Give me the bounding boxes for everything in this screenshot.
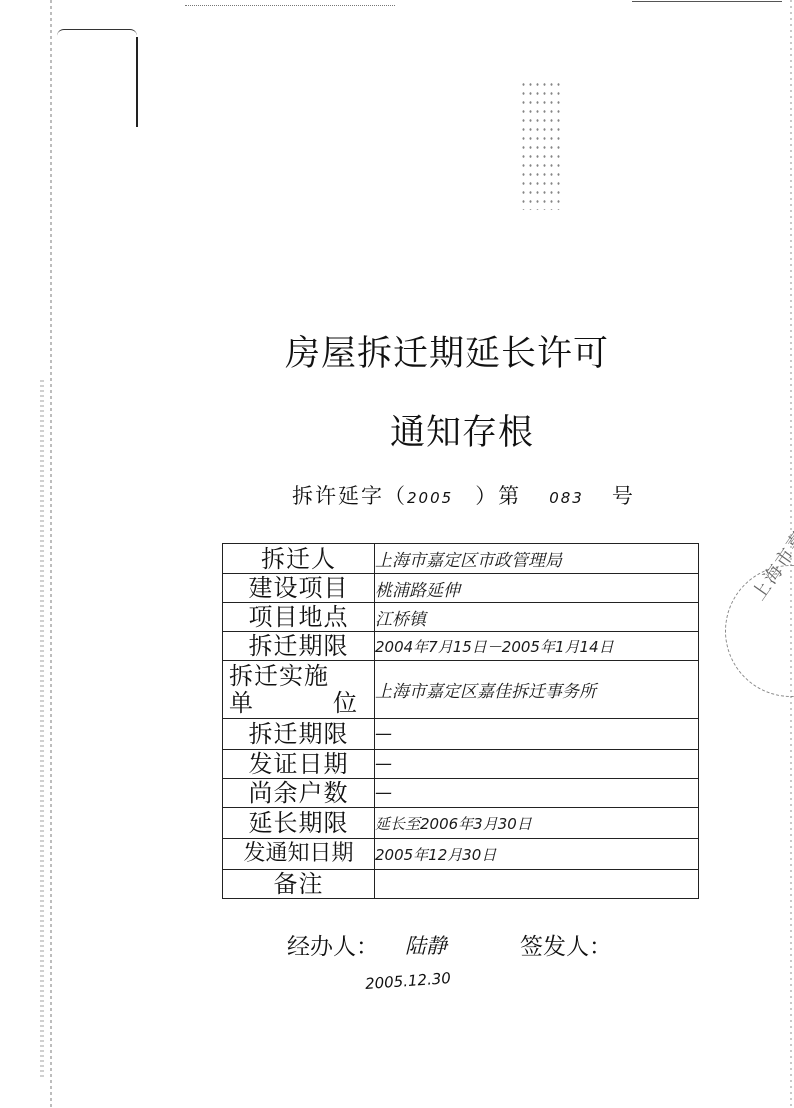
folder-tab-edge: [136, 37, 138, 127]
row-value: —: [375, 750, 699, 779]
table-row: 备注: [223, 870, 699, 899]
docno-serial: 083: [549, 489, 584, 507]
handler-sign-date: 2005.12.30: [364, 969, 451, 993]
document-subtitle: 通知存根: [65, 405, 794, 455]
table-row: 建设项目 桃浦路延伸: [223, 574, 699, 603]
document-number: 拆许延字（2005）第083号: [292, 480, 635, 510]
row-label-line2-b: 位: [333, 690, 358, 717]
document-title: 房屋拆迁期延长许可: [50, 326, 794, 376]
scan-speckle-noise: [520, 80, 560, 210]
row-value: [375, 870, 699, 899]
docno-suffix: 号: [612, 484, 635, 508]
row-value: 桃浦路延伸: [375, 574, 699, 603]
docno-year: 2005: [407, 489, 453, 507]
row-label: 拆迁人: [223, 544, 375, 574]
row-label: 备注: [223, 870, 375, 899]
row-label-line2: 单 位: [229, 690, 374, 717]
row-label: 建设项目: [223, 574, 375, 603]
row-label: 延长期限: [223, 808, 375, 839]
row-label: 发证日期: [223, 750, 375, 779]
row-value: 江桥镇: [375, 603, 699, 632]
row-value: 2005年12月30日: [375, 839, 699, 870]
scan-artifact-top-line: [185, 5, 395, 7]
row-value: 上海市嘉定区市政管理局: [375, 544, 699, 574]
scan-binding-edge: [50, 0, 52, 1108]
table-row: 发通知日期 2005年12月30日: [223, 839, 699, 870]
table-row: 拆迁期限 2004年7月15日－2005年1月14日: [223, 632, 699, 661]
docno-middle: ）第: [475, 484, 521, 508]
row-label: 拆迁期限: [223, 719, 375, 750]
handler-signature: 陆静: [405, 930, 447, 960]
table-row: 发证日期 —: [223, 750, 699, 779]
row-label-line2-a: 单: [229, 690, 254, 717]
row-label: 拆迁实施 单 位: [223, 661, 375, 719]
row-value: —: [375, 719, 699, 750]
row-value: —: [375, 779, 699, 808]
handler-label: 经办人：: [287, 928, 379, 961]
scan-artifact-top-right-line: [632, 1, 782, 2]
row-label: 尚余户数: [223, 779, 375, 808]
row-label: 项目地点: [223, 603, 375, 632]
row-label: 拆迁期限: [223, 632, 375, 661]
stub-form-table: 拆迁人 上海市嘉定区市政管理局 建设项目 桃浦路延伸 项目地点 江桥镇 拆迁期限…: [222, 543, 699, 899]
table-row: 项目地点 江桥镇: [223, 603, 699, 632]
row-value: 延长至2006年3月30日: [375, 808, 699, 839]
table-row: 拆迁人 上海市嘉定区市政管理局: [223, 544, 699, 574]
row-label: 发通知日期: [223, 839, 375, 870]
table-row: 延长期限 延长至2006年3月30日: [223, 808, 699, 839]
row-value: 上海市嘉定区嘉佳拆迁事务所: [375, 661, 699, 719]
folder-tab-mark: [57, 29, 137, 36]
issuer-label: 签发人：: [520, 928, 612, 961]
row-value: 2004年7月15日－2005年1月14日: [375, 632, 699, 661]
scan-binding-shadow: [40, 380, 44, 1080]
table-row: 拆迁实施 单 位 上海市嘉定区嘉佳拆迁事务所: [223, 661, 699, 719]
docno-prefix: 拆许延字（: [292, 484, 407, 508]
table-row: 尚余户数 —: [223, 779, 699, 808]
table-row: 拆迁期限 —: [223, 719, 699, 750]
row-label-line1: 拆迁实施: [229, 663, 374, 690]
